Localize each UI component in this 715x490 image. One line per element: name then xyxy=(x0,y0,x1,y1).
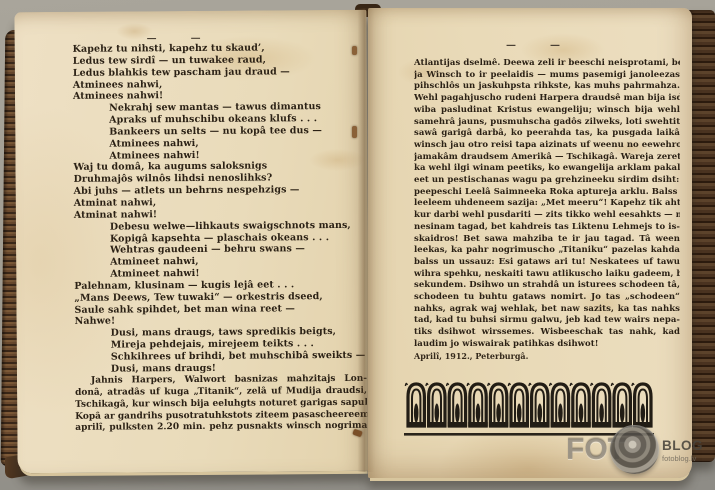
binding-stitch xyxy=(352,126,357,138)
prose-line: schodeen tu buhtu gataws nomirt. Jo tas … xyxy=(414,292,680,304)
prose-line: laudim jo wiswairak patihkas dsihwot! xyxy=(414,339,680,351)
header-dash: — xyxy=(506,40,516,51)
prose-line: leeleem uhdeneem sazija: „Met meeru“! Ka… xyxy=(414,198,680,210)
prose-line: nesinam tagad, bet kahdreis tas Liktenu … xyxy=(414,222,680,234)
header-dash: — xyxy=(550,40,560,51)
camera-lens-icon xyxy=(610,425,659,474)
dateline: Aprilî, 1912., Peterburgâ. xyxy=(414,351,528,361)
prose-line: Atlantijas dselmê. Deewa zeli ir beeschi… xyxy=(414,58,680,70)
poem-line: Wehtras gaudeeni — behru swans — xyxy=(74,243,342,257)
watermark-blog-text: BLOG xyxy=(662,439,703,453)
prose-line: tad, kad tu buhsi sirmu galwu, jeb kad t… xyxy=(414,315,680,327)
fotoblog-watermark: FOT BLOG fotoblog.lv xyxy=(566,428,715,484)
poem-line: „Mans Deews, Tew tuwaki“ — orkestris dse… xyxy=(74,291,342,305)
prose-line: jamakâm draudsem Amerikâ — Tschikagâ. Wa… xyxy=(414,152,680,164)
prose-line: skaidros! Bet sawa mahziba te ir jau tag… xyxy=(414,234,680,246)
prose-line: aprilî, pulksten 2.20 min. pehz pusnakts… xyxy=(75,421,367,435)
prose-line: nahks, agrak waj wehlak, bet naw sazits,… xyxy=(414,304,680,316)
prose-line: sawâ garigâ darbâ, ko peerahda tas, ka p… xyxy=(414,128,680,140)
binding-stitch xyxy=(352,46,357,55)
prose-line: ja Winsch to ir peelaidis — mums pasemig… xyxy=(414,70,680,82)
prose-line: eet un pestischanas wagu pa grehzineeku … xyxy=(414,175,680,187)
poem-line: Bankeers un selts — nu kopâ tee dus — xyxy=(73,125,341,139)
page-header-dashes: — — xyxy=(506,40,560,51)
prose-line: pihschlôs un jaskuhpsta rihkste, kas muh… xyxy=(414,81,680,93)
prose-line: wiba pasludinat Kristus ewangeliju; wins… xyxy=(414,105,680,117)
prose-line: leekas, ka pahr nogrimuscho „Titaniku“ p… xyxy=(414,245,680,257)
left-prose-block: Jahnis Harpers, Walwort basnizas mahzita… xyxy=(75,374,367,435)
prose-line: winsch jau otro reisi tapa aizinats uf w… xyxy=(414,140,680,152)
open-book-photo: — — Kapehz tu nihsti, kapehz tu skaud’,L… xyxy=(0,0,715,490)
poem-line: Schkihrees uf brihdi, bet muhschibâ swei… xyxy=(75,350,343,364)
left-page: — — Kapehz tu nihsti, kapehz tu skaud’,L… xyxy=(14,10,369,473)
prose-line: kur darbi wehl pusdariti — zits tikko we… xyxy=(414,210,680,222)
prose-line: tiks dsihwot wirssemes. Wisbeeschak tas … xyxy=(414,327,680,339)
book-cover-right-edge xyxy=(688,10,715,462)
poem-block: Kapehz tu nihsti, kapehz tu skaud’,Ledus… xyxy=(73,42,343,375)
prose-line: ka wehl ilgi winam peetiks, ko ewangelij… xyxy=(414,163,680,175)
right-prose-block: Atlantijas dselmê. Deewa zeli ir beeschi… xyxy=(414,58,680,351)
right-page: — — Atlantijas dselmê. Deewa zeli ir bee… xyxy=(368,8,692,478)
prose-line: Wehl pagahjuscho rudeni Harpera draudsê … xyxy=(414,93,680,105)
watermark-url-text: fotoblog.lv xyxy=(662,455,703,463)
prose-line: samehrâ jauns, pusmuhscha gadôs zilweks,… xyxy=(414,117,680,129)
prose-line: balss un ussauz: Esi gataws ari tu! Nesk… xyxy=(414,257,680,269)
prose-line: sekundem. Dsihwo un strahdâ un isturees … xyxy=(414,280,680,292)
prose-line: peepeschi Leelâ Saimneeka Roka aptureja … xyxy=(414,187,680,199)
prose-line: wihra spehku, neskaiti tawu atlikuscho l… xyxy=(414,269,680,281)
